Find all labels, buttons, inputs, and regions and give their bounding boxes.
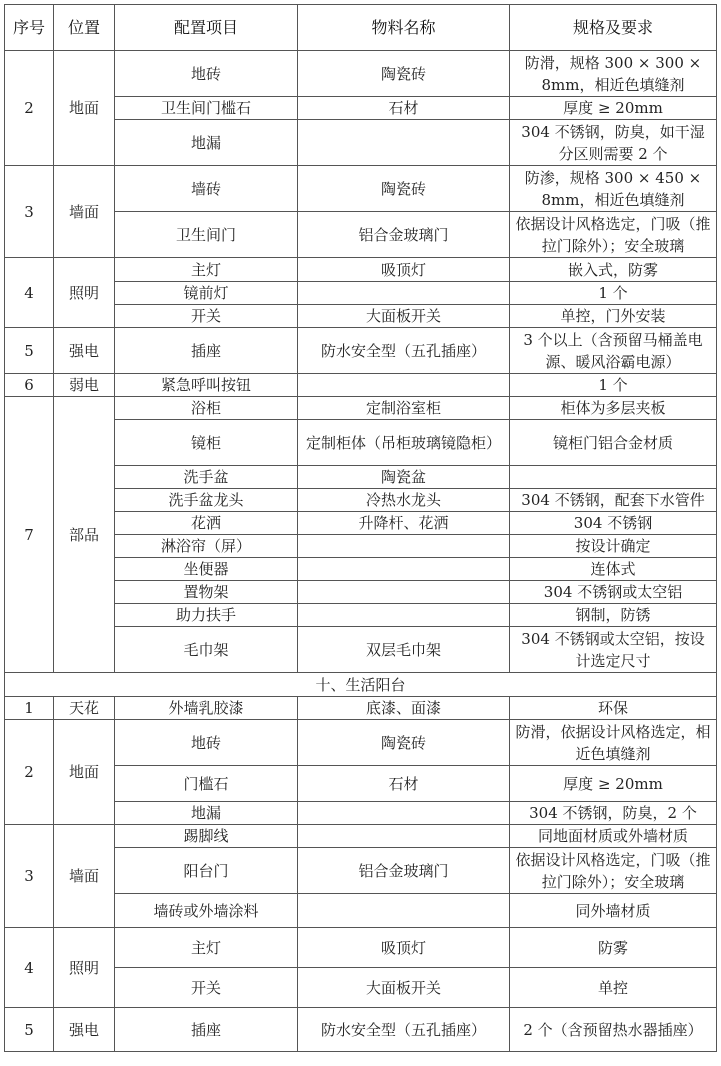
item-cell: 踢脚线 [115,825,298,848]
item-cell: 外墙乳胶漆 [115,697,298,720]
seq-cell: 4 [5,928,54,1008]
seq-cell: 3 [5,825,54,928]
item-cell: 浴柜 [115,397,298,420]
material-cell: 陶瓷砖 [298,51,510,97]
material-cell [298,802,510,825]
item-cell: 阳台门 [115,848,298,894]
seq-cell: 1 [5,697,54,720]
item-cell: 地漏 [115,120,298,166]
item-cell: 洗手盆龙头 [115,489,298,512]
location-cell: 弱电 [54,374,115,397]
material-cell [298,581,510,604]
item-cell: 置物架 [115,581,298,604]
material-cell: 石材 [298,97,510,120]
item-cell: 镜前灯 [115,282,298,305]
item-cell: 洗手盆 [115,466,298,489]
spec-cell: 2 个（含预留热水器插座） [510,1008,717,1052]
item-cell: 主灯 [115,928,298,968]
spec-cell: 依据设计风格选定，门吸（推拉门除外）；安全玻璃 [510,848,717,894]
material-cell: 大面板开关 [298,305,510,328]
spec-cell: 钢制，防锈 [510,604,717,627]
seq-cell: 3 [5,166,54,258]
material-cell [298,604,510,627]
item-cell: 坐便器 [115,558,298,581]
location-cell: 强电 [54,1008,115,1052]
location-cell: 部品 [54,397,115,673]
table-row: 1 天花 外墙乳胶漆 底漆、面漆 环保 [5,697,717,720]
spec-cell: 环保 [510,697,717,720]
location-cell: 地面 [54,720,115,825]
seq-cell: 7 [5,397,54,673]
spec-cell: 依据设计风格选定，门吸（推拉门除外）；安全玻璃 [510,212,717,258]
location-cell: 强电 [54,328,115,374]
material-cell: 底漆、面漆 [298,697,510,720]
spec-cell [510,466,717,489]
spec-cell: 镜柜门铝合金材质 [510,420,717,466]
location-cell: 墙面 [54,825,115,928]
material-cell [298,558,510,581]
table-row: 6 弱电 紧急呼叫按钮 1 个 [5,374,717,397]
material-cell: 防水安全型（五孔插座） [298,1008,510,1052]
spec-cell: 304 不锈钢 [510,512,717,535]
spec-cell: 柜体为多层夹板 [510,397,717,420]
seq-cell: 6 [5,374,54,397]
item-cell: 开关 [115,968,298,1008]
header-location: 位置 [54,5,115,51]
table-row: 7 部品 浴柜 定制浴室柜 柜体为多层夹板 [5,397,717,420]
material-cell [298,282,510,305]
location-cell: 墙面 [54,166,115,258]
material-cell: 吸顶灯 [298,928,510,968]
location-cell: 照明 [54,928,115,1008]
item-cell: 墙砖或外墙涂料 [115,894,298,928]
seq-cell: 5 [5,328,54,374]
spec-cell: 厚度 ≥ 20mm [510,97,717,120]
material-cell: 升降杆、花洒 [298,512,510,535]
table-row: 5 强电 插座 防水安全型（五孔插座） 3 个以上（含预留马桶盖电源、暖风浴霸电… [5,328,717,374]
item-cell: 地漏 [115,802,298,825]
spec-cell: 防渗，规格 300 × 450 × 8mm，相近色填缝剂 [510,166,717,212]
seq-cell: 5 [5,1008,54,1052]
item-cell: 助力扶手 [115,604,298,627]
item-cell: 插座 [115,1008,298,1052]
item-cell: 主灯 [115,258,298,282]
material-cell [298,535,510,558]
spec-cell: 1 个 [510,374,717,397]
spec-cell: 连体式 [510,558,717,581]
item-cell: 毛巾架 [115,627,298,673]
material-cell: 陶瓷盆 [298,466,510,489]
seq-cell: 4 [5,258,54,328]
material-cell: 冷热水龙头 [298,489,510,512]
spec-cell: 304 不锈钢，配套下水管件 [510,489,717,512]
table-row: 4 照明 主灯 吸顶灯 嵌入式，防雾 [5,258,717,282]
spec-cell: 单控，门外安装 [510,305,717,328]
item-cell: 镜柜 [115,420,298,466]
item-cell: 淋浴帘（屏） [115,535,298,558]
spec-cell: 防滑，规格 300 × 300 × 8mm，相近色填缝剂 [510,51,717,97]
location-cell: 天花 [54,697,115,720]
header-item: 配置项目 [115,5,298,51]
item-cell: 花洒 [115,512,298,535]
spec-cell: 单控 [510,968,717,1008]
material-cell [298,120,510,166]
item-cell: 紧急呼叫按钮 [115,374,298,397]
seq-cell: 2 [5,720,54,825]
material-cell: 铝合金玻璃门 [298,848,510,894]
material-cell: 吸顶灯 [298,258,510,282]
header-material: 物料名称 [298,5,510,51]
item-cell: 门槛石 [115,766,298,802]
item-cell: 开关 [115,305,298,328]
spec-cell: 304 不锈钢或太空铝 [510,581,717,604]
material-cell: 陶瓷砖 [298,166,510,212]
item-cell: 插座 [115,328,298,374]
spec-cell: 3 个以上（含预留马桶盖电源、暖风浴霸电源） [510,328,717,374]
header-spec: 规格及要求 [510,5,717,51]
material-cell: 陶瓷砖 [298,720,510,766]
spec-cell: 嵌入式，防雾 [510,258,717,282]
item-cell: 卫生间门 [115,212,298,258]
material-cell: 大面板开关 [298,968,510,1008]
table-row: 4 照明 主灯 吸顶灯 防雾 [5,928,717,968]
material-cell [298,894,510,928]
material-cell [298,374,510,397]
table-row: 3 墙面 踢脚线 同地面材质或外墙材质 [5,825,717,848]
table-row: 5 强电 插座 防水安全型（五孔插座） 2 个（含预留热水器插座） [5,1008,717,1052]
table-row: 2 地面 地砖 陶瓷砖 防滑，依据设计风格选定，相近色填缝剂 [5,720,717,766]
material-cell: 双层毛巾架 [298,627,510,673]
spec-cell: 同地面材质或外墙材质 [510,825,717,848]
spec-cell: 防滑，依据设计风格选定，相近色填缝剂 [510,720,717,766]
location-cell: 照明 [54,258,115,328]
material-cell: 石材 [298,766,510,802]
item-cell: 卫生间门槛石 [115,97,298,120]
spec-cell: 304 不锈钢或太空铝，按设计选定尺寸 [510,627,717,673]
item-cell: 墙砖 [115,166,298,212]
location-cell: 地面 [54,51,115,166]
material-cell: 防水安全型（五孔插座） [298,328,510,374]
material-cell: 定制柜体（吊柜玻璃镜隐柜） [298,420,510,466]
spec-cell: 304 不锈钢，防臭，如干湿分区则需要 2 个 [510,120,717,166]
material-cell: 定制浴室柜 [298,397,510,420]
spec-cell: 按设计确定 [510,535,717,558]
seq-cell: 2 [5,51,54,166]
item-cell: 地砖 [115,720,298,766]
table-row: 3 墙面 墙砖 陶瓷砖 防渗，规格 300 × 450 × 8mm，相近色填缝剂 [5,166,717,212]
section-title: 十、生活阳台 [5,673,717,697]
spec-cell: 同外墙材质 [510,894,717,928]
spec-cell: 防雾 [510,928,717,968]
spec-table: 序号 位置 配置项目 物料名称 规格及要求 2 地面 地砖 陶瓷砖 防滑，规格 … [4,4,717,1052]
spec-cell: 1 个 [510,282,717,305]
item-cell: 地砖 [115,51,298,97]
spec-cell: 厚度 ≥ 20mm [510,766,717,802]
header-row: 序号 位置 配置项目 物料名称 规格及要求 [5,5,717,51]
table-row: 2 地面 地砖 陶瓷砖 防滑，规格 300 × 300 × 8mm，相近色填缝剂 [5,51,717,97]
material-cell: 铝合金玻璃门 [298,212,510,258]
section-row: 十、生活阳台 [5,673,717,697]
header-seq: 序号 [5,5,54,51]
spec-cell: 304 不锈钢，防臭，2 个 [510,802,717,825]
material-cell [298,825,510,848]
